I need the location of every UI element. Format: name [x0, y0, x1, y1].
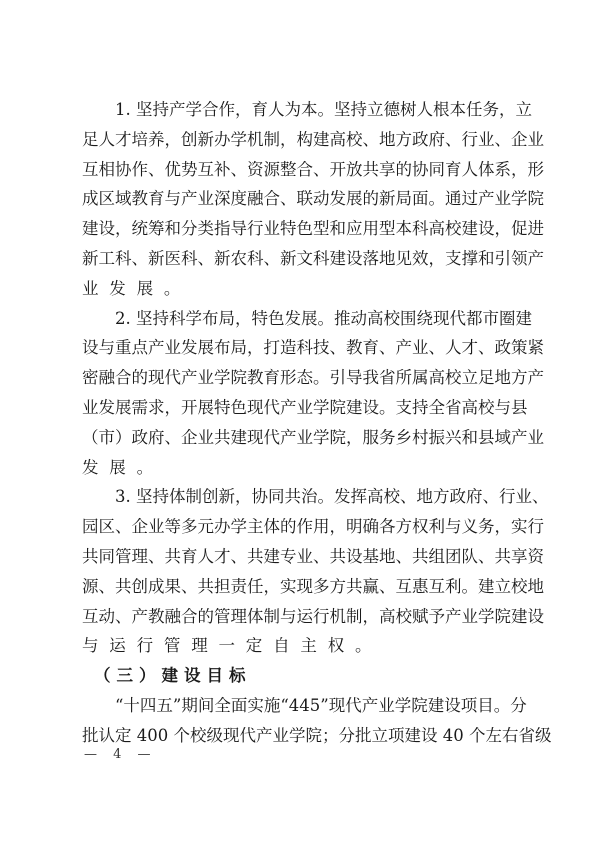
- paragraph-2-line-6: 发展。: [82, 453, 522, 483]
- paragraph-1-line-2: 足人才培养，创新办学机制，构建高校、地方政府、行业、企业: [82, 125, 522, 155]
- paragraph-4-line-1: “十四五”期间全面实施“445”现代产业学院建设项目。分: [82, 691, 522, 721]
- paragraph-1-line-6: 新工科、新医科、新农科、新文科建设落地见效，支撑和引领产: [82, 244, 522, 274]
- paragraph-3-line-1: 3. 坚持体制创新，协同共治。发挥高校、地方政府、行业、: [82, 482, 522, 512]
- paragraph-2-line-2: 设与重点产业发展布局，打造科技、教育、产业、人才、政策紧: [82, 333, 522, 363]
- paragraph-1-line-5: 建设，统筹和分类指导行业特色型和应用型本科高校建设，促进: [82, 214, 522, 244]
- paragraph-3-line-3: 共同管理、共育人才、共建专业、共设基地、共组团队、共享资: [82, 542, 522, 572]
- section-heading: （三）建设目标: [82, 661, 522, 691]
- paragraph-2-line-5: （市）政府、企业共建现代产业学院，服务乡村振兴和县域产业: [82, 423, 522, 453]
- paragraph-3-line-4: 源、共创成果、共担责任，实现多方共赢、互惠互利。建立校地: [82, 572, 522, 602]
- paragraph-2-line-4: 业发展需求，开展特色现代产业学院建设。支持全省高校与县: [82, 393, 522, 423]
- paragraph-1-line-3: 互相协作、优势互补、资源整合、开放共享的协同育人体系，形: [82, 155, 522, 185]
- paragraph-2-line-1: 2. 坚持科学布局，特色发展。推动高校围绕现代都市圈建: [82, 304, 522, 334]
- page-number: — 4 —: [84, 747, 157, 762]
- document-page: 1. 坚持产学合作，育人为本。坚持立德树人根本任务，立 足人才培养，创新办学机制…: [0, 0, 600, 848]
- paragraph-1-line-7: 业发展。: [82, 274, 522, 304]
- paragraph-3-line-2: 园区、企业等多元办学主体的作用，明确各方权利与义务，实行: [82, 512, 522, 542]
- paragraph-3-line-6: 与运行管理一定自主权。: [82, 631, 522, 661]
- body-text: 1. 坚持产学合作，育人为本。坚持立德树人根本任务，立 足人才培养，创新办学机制…: [82, 95, 522, 751]
- paragraph-1-line-4: 成区域教育与产业深度融合、联动发展的新局面。通过产业学院: [82, 184, 522, 214]
- paragraph-1-line-1: 1. 坚持产学合作，育人为本。坚持立德树人根本任务，立: [82, 95, 522, 125]
- paragraph-3-line-5: 互动、产教融合的管理体制与运行机制，高校赋予产业学院建设: [82, 602, 522, 632]
- paragraph-2-line-3: 密融合的现代产业学院教育形态。引导我省所属高校立足地方产: [82, 363, 522, 393]
